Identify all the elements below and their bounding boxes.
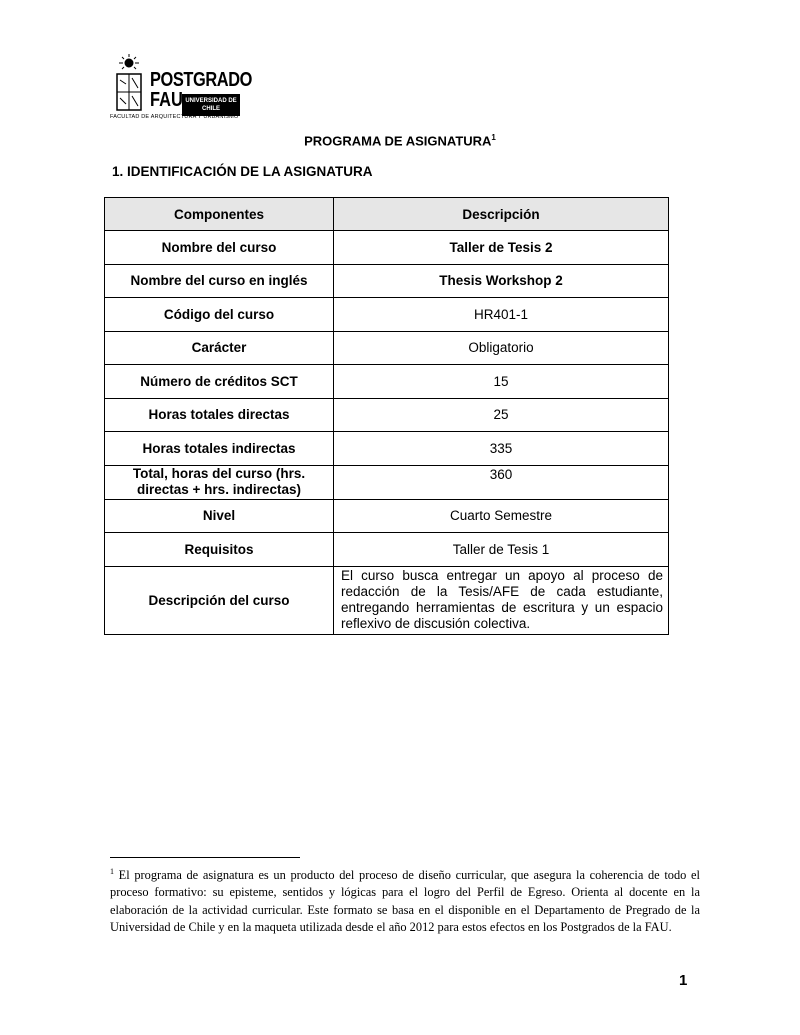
footnote: 1 El programa de asignatura es un produc… xyxy=(110,863,700,936)
row-label: Descripción del curso xyxy=(105,566,334,634)
footnote-text: El programa de asignatura es un producto… xyxy=(110,868,700,934)
row-value: El curso busca entregar un apoyo al proc… xyxy=(334,566,669,634)
row-label: Requisitos xyxy=(105,533,334,567)
row-value: 25 xyxy=(334,398,669,432)
logo-title: POSTGRADO xyxy=(150,70,252,90)
document-title-text: PROGRAMA DE ASIGNATURA xyxy=(304,133,491,148)
row-value: Obligatorio xyxy=(334,331,669,365)
document-title: PROGRAMA DE ASIGNATURA1 xyxy=(0,133,800,148)
identification-table: Componentes Descripción Nombre del curso… xyxy=(104,197,669,635)
logo-subtitle: FACULTAD DE ARQUITECTURA Y URBANISMO xyxy=(110,114,238,120)
table-row: Nivel Cuarto Semestre xyxy=(105,499,669,533)
page-number: 1 xyxy=(679,972,687,989)
table-row: Carácter Obligatorio xyxy=(105,331,669,365)
row-label: Carácter xyxy=(105,331,334,365)
row-label: Nivel xyxy=(105,499,334,533)
table-row: Requisitos Taller de Tesis 1 xyxy=(105,533,669,567)
row-value: 15 xyxy=(334,365,669,399)
column-header: Descripción xyxy=(334,198,669,231)
footnote-marker: 1 xyxy=(110,867,114,876)
row-value: Cuarto Semestre xyxy=(334,499,669,533)
row-value: 360 xyxy=(334,465,669,499)
table-row: Horas totales indirectas 335 xyxy=(105,432,669,466)
row-value: HR401-1 xyxy=(334,298,669,332)
logo-fau: FAU xyxy=(150,90,183,110)
table-row: Horas totales directas 25 xyxy=(105,398,669,432)
column-header: Componentes xyxy=(105,198,334,231)
section-title: 1. IDENTIFICACIÓN DE LA ASIGNATURA xyxy=(112,164,373,179)
table-row: Nombre del curso Taller de Tesis 2 xyxy=(105,231,669,265)
row-value: Taller de Tesis 2 xyxy=(334,231,669,265)
table-header-row: Componentes Descripción xyxy=(105,198,669,231)
table-row: Descripción del curso El curso busca ent… xyxy=(105,566,669,634)
table-row: Nombre del curso en inglés Thesis Worksh… xyxy=(105,264,669,298)
university-emblem-icon xyxy=(114,54,144,112)
row-label: Total, horas del curso (hrs. directas + … xyxy=(105,465,334,499)
row-value: 335 xyxy=(334,432,669,466)
table-row: Código del curso HR401-1 xyxy=(105,298,669,332)
row-label: Número de créditos SCT xyxy=(105,365,334,399)
footnote-separator xyxy=(110,857,300,858)
row-label: Código del curso xyxy=(105,298,334,332)
row-value: Taller de Tesis 1 xyxy=(334,533,669,567)
row-value: Thesis Workshop 2 xyxy=(334,264,669,298)
postgrado-fau-logo: POSTGRADO FAU UNIVERSIDAD DE CHILE FACUL… xyxy=(108,50,238,126)
table-row: Total, horas del curso (hrs. directas + … xyxy=(105,465,669,499)
row-label: Nombre del curso en inglés xyxy=(105,264,334,298)
logo-university: UNIVERSIDAD DE CHILE xyxy=(182,94,240,116)
footnote-ref[interactable]: 1 xyxy=(491,133,495,142)
table-row: Número de créditos SCT 15 xyxy=(105,365,669,399)
row-label: Horas totales indirectas xyxy=(105,432,334,466)
row-label: Nombre del curso xyxy=(105,231,334,265)
row-label: Horas totales directas xyxy=(105,398,334,432)
